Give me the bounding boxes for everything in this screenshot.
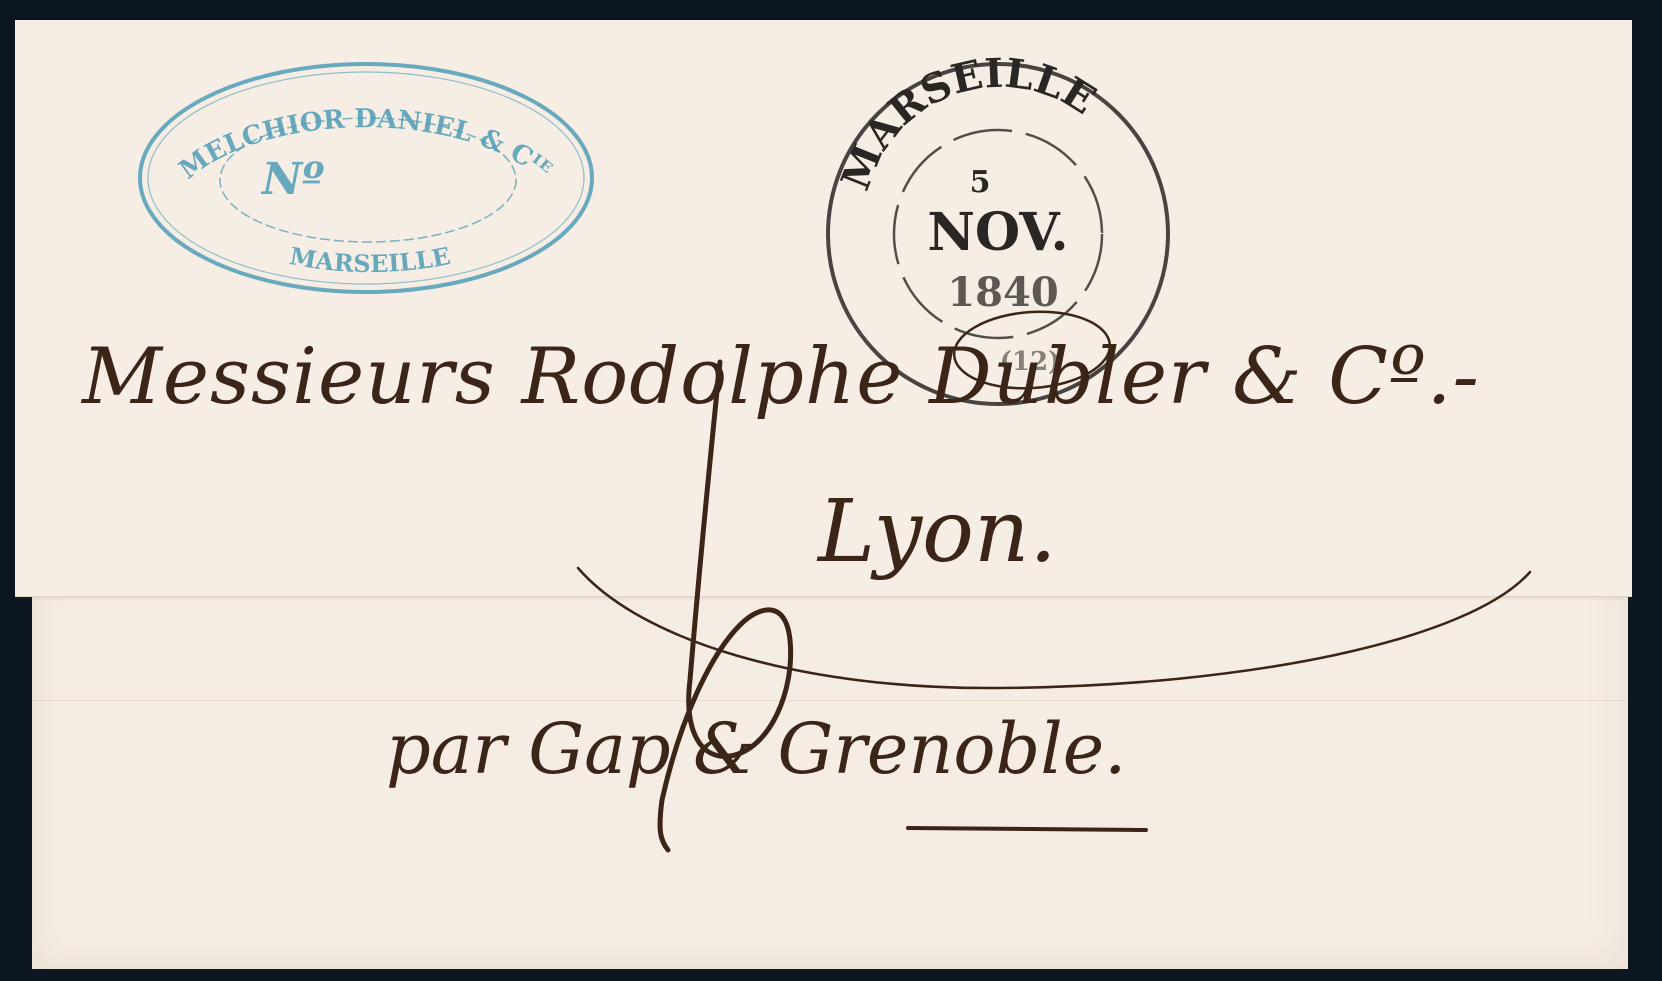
sender-cachet: MELCHIOR DANIEL & Cᴵᴱ MARSEILLE Nº xyxy=(140,64,592,292)
address-line-city: Lyon. xyxy=(818,482,1057,582)
postmark-month: NOV. xyxy=(927,202,1068,263)
postmark-day: 5 xyxy=(970,165,991,200)
postmark-town: MARSEILLE xyxy=(832,50,1104,197)
grenoble-underline xyxy=(908,828,1146,830)
address-line-addressee: Messieurs Rodolphe Dubler & Cº.- xyxy=(82,332,1480,422)
cachet-city: MARSEILLE xyxy=(287,241,452,278)
cachet-company-name: MELCHIOR DANIEL & Cᴵᴱ xyxy=(174,104,557,186)
postmark-year: 1840 xyxy=(947,269,1058,316)
swash-underline xyxy=(578,568,1530,688)
cachet-number-label: Nº xyxy=(260,154,324,205)
address-line-routing: par Gap & Grenoble. xyxy=(386,708,1126,790)
